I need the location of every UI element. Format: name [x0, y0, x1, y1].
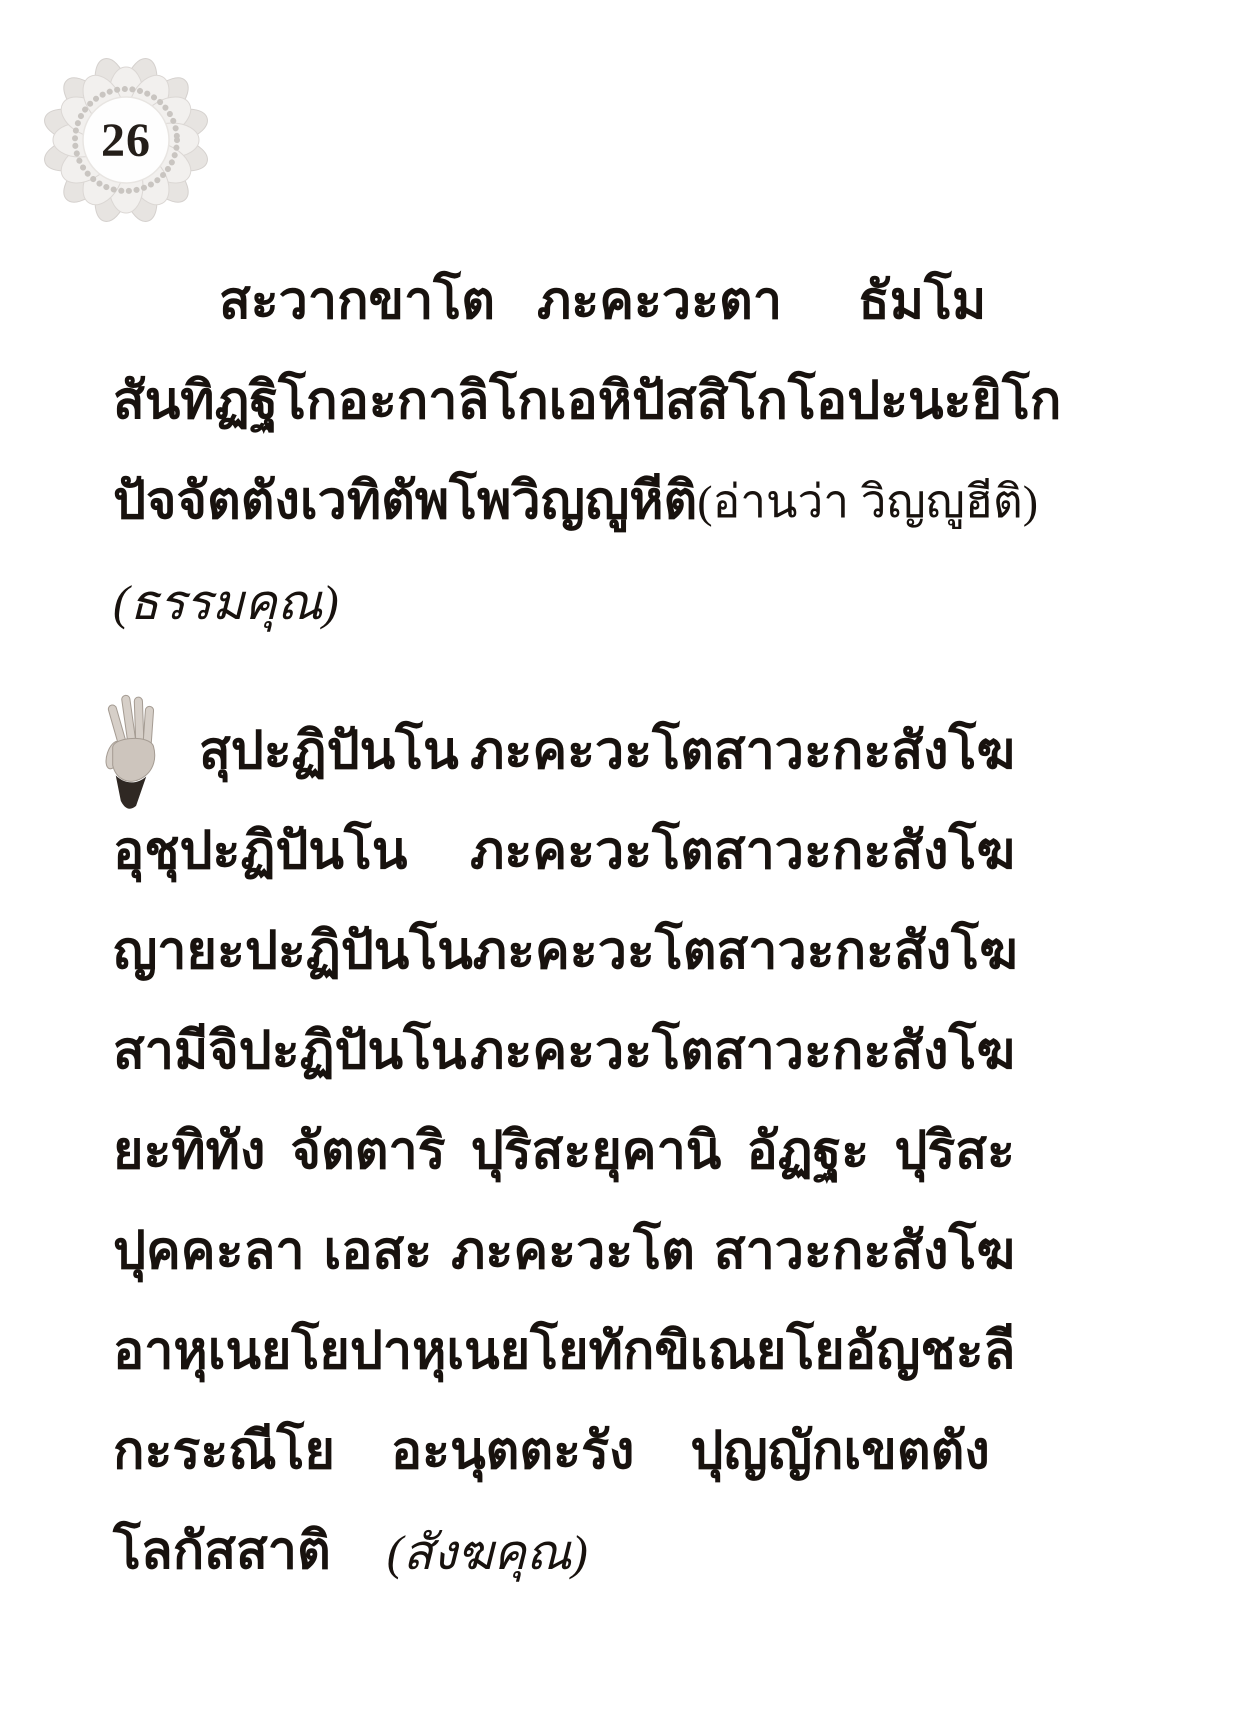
- sangha-line-5: ยะทิทังจัตตาริปุริสะยุคานิอัฏฐะปุริสะ: [113, 1102, 1015, 1202]
- chant-word: เอสะ: [324, 1226, 433, 1278]
- chant-word: ปุญญักเขตตัง: [690, 1426, 989, 1478]
- sangha-line-7: อาหุเนยโยปาหุเนยโยทักขิเณยโยอัญชะลี: [113, 1302, 1015, 1402]
- dhamma-guna-label: (ธรรมคุณ): [113, 552, 1015, 652]
- chant-word: สันทิฏฐิโก: [113, 376, 338, 428]
- chant-word: สาวะกะสังโฆ: [714, 826, 1015, 878]
- section-label: (สังฆคุณ): [387, 1528, 588, 1577]
- chant-word: จัตตาริ: [290, 1126, 445, 1178]
- section-label: (ธรรมคุณ): [113, 578, 339, 627]
- chant-word: อะกาลิโก: [338, 376, 549, 428]
- chant-word: สาวะกะสังโฆ: [714, 1026, 1015, 1078]
- chant-word: ภะคะวะโต: [470, 1026, 714, 1078]
- chant-word: สะวากขาโต: [219, 276, 495, 328]
- chant-word: ปัจจัตตัง: [113, 476, 300, 528]
- chant-word: ปุริสะ: [894, 1126, 1015, 1178]
- page-number-medallion: 26: [36, 50, 216, 230]
- chant-word: อาหุเนยโย: [113, 1326, 350, 1378]
- sangha-line-9: โลกัสสาติ(สังฆคุณ): [113, 1502, 1015, 1602]
- sangha-line-6: ปุคคะลาเอสะภะคะวะโตสาวะกะสังโฆ: [113, 1202, 1015, 1302]
- page-number: 26: [36, 50, 216, 230]
- chant-word: อัญชะลี: [845, 1326, 1016, 1378]
- chant-word: โอปะนะยิโก: [788, 376, 1061, 428]
- chant-word: ทักขิเณยโย: [589, 1326, 845, 1378]
- chant-word: เอหิปัสสิโก: [549, 376, 788, 428]
- pronunciation-note: (อ่านว่า วิญญูฮีติ): [697, 479, 1038, 525]
- chant-word: ภะคะวะโต: [451, 1226, 695, 1278]
- chant-word: ปาหุเนยโย: [350, 1326, 589, 1378]
- chant-word: อัฏฐะ: [746, 1126, 869, 1178]
- chant-word: ภะคะวะโต: [470, 826, 714, 878]
- chant-word: วิญญูหีติ: [511, 476, 697, 528]
- chant-word: ยะทิทัง: [113, 1126, 265, 1178]
- sangha-line-8: กะระณีโยอะนุตตะรังปุญญักเขตตัง: [113, 1402, 1015, 1502]
- chant-word: สาวะกะสังโฆ: [717, 926, 1018, 978]
- chant-word: ปุริสะยุคานิ: [471, 1126, 722, 1178]
- book-page: 26 สะวากขาโตภะคะวะตาธัมโมสันทิฏฐิโกอะกาล…: [0, 0, 1240, 1713]
- chant-word: สุปะฏิปันโน: [113, 726, 470, 778]
- chant-word: เวทิตัพโพ: [300, 476, 512, 528]
- chant-word: ภะคะวะโต: [473, 926, 717, 978]
- dhamma-line-3: ปัจจัตตังเวทิตัพโพวิญญูหีติ(อ่านว่า วิญญ…: [113, 452, 1015, 552]
- chant-word: สามีจิปะฏิปันโน: [113, 1026, 470, 1078]
- chant-word: สาวะกะสังโฆ: [714, 1226, 1015, 1278]
- chant-word: ญายะปะฏิปันโน: [113, 926, 473, 978]
- chant-word: ภะคะวะตา: [537, 276, 782, 328]
- chant-word: โลกัสสาติ: [113, 1526, 331, 1578]
- dhamma-line-1: สะวากขาโตภะคะวะตาธัมโม: [113, 252, 1015, 352]
- chant-word: ปุคคะลา: [113, 1226, 305, 1278]
- blessing-hand-icon: [99, 688, 165, 810]
- sangha-line-2: อุชุปะฏิปันโนภะคะวะโตสาวะกะสังโฆ: [113, 802, 1015, 902]
- chant-word: ธัมโม: [858, 276, 986, 328]
- sangha-line-1: สุปะฏิปันโนภะคะวะโตสาวะกะสังโฆ: [113, 702, 1015, 802]
- chant-word: กะระณีโย: [113, 1426, 335, 1478]
- dhamma-line-2: สันทิฏฐิโกอะกาลิโกเอหิปัสสิโกโอปะนะยิโก: [113, 352, 1015, 452]
- chant-word: อะนุตตะรัง: [391, 1426, 635, 1478]
- sangha-line-3: ญายะปะฏิปันโนภะคะวะโตสาวะกะสังโฆ: [113, 902, 1015, 1002]
- chant-word: อุชุปะฏิปันโน: [113, 826, 470, 878]
- sangha-line-4: สามีจิปะฏิปันโนภะคะวะโตสาวะกะสังโฆ: [113, 1002, 1015, 1102]
- chant-word: ภะคะวะโต: [470, 726, 714, 778]
- chant-text-block: สะวากขาโตภะคะวะตาธัมโมสันทิฏฐิโกอะกาลิโก…: [113, 252, 1015, 1602]
- chant-word: สาวะกะสังโฆ: [714, 726, 1015, 778]
